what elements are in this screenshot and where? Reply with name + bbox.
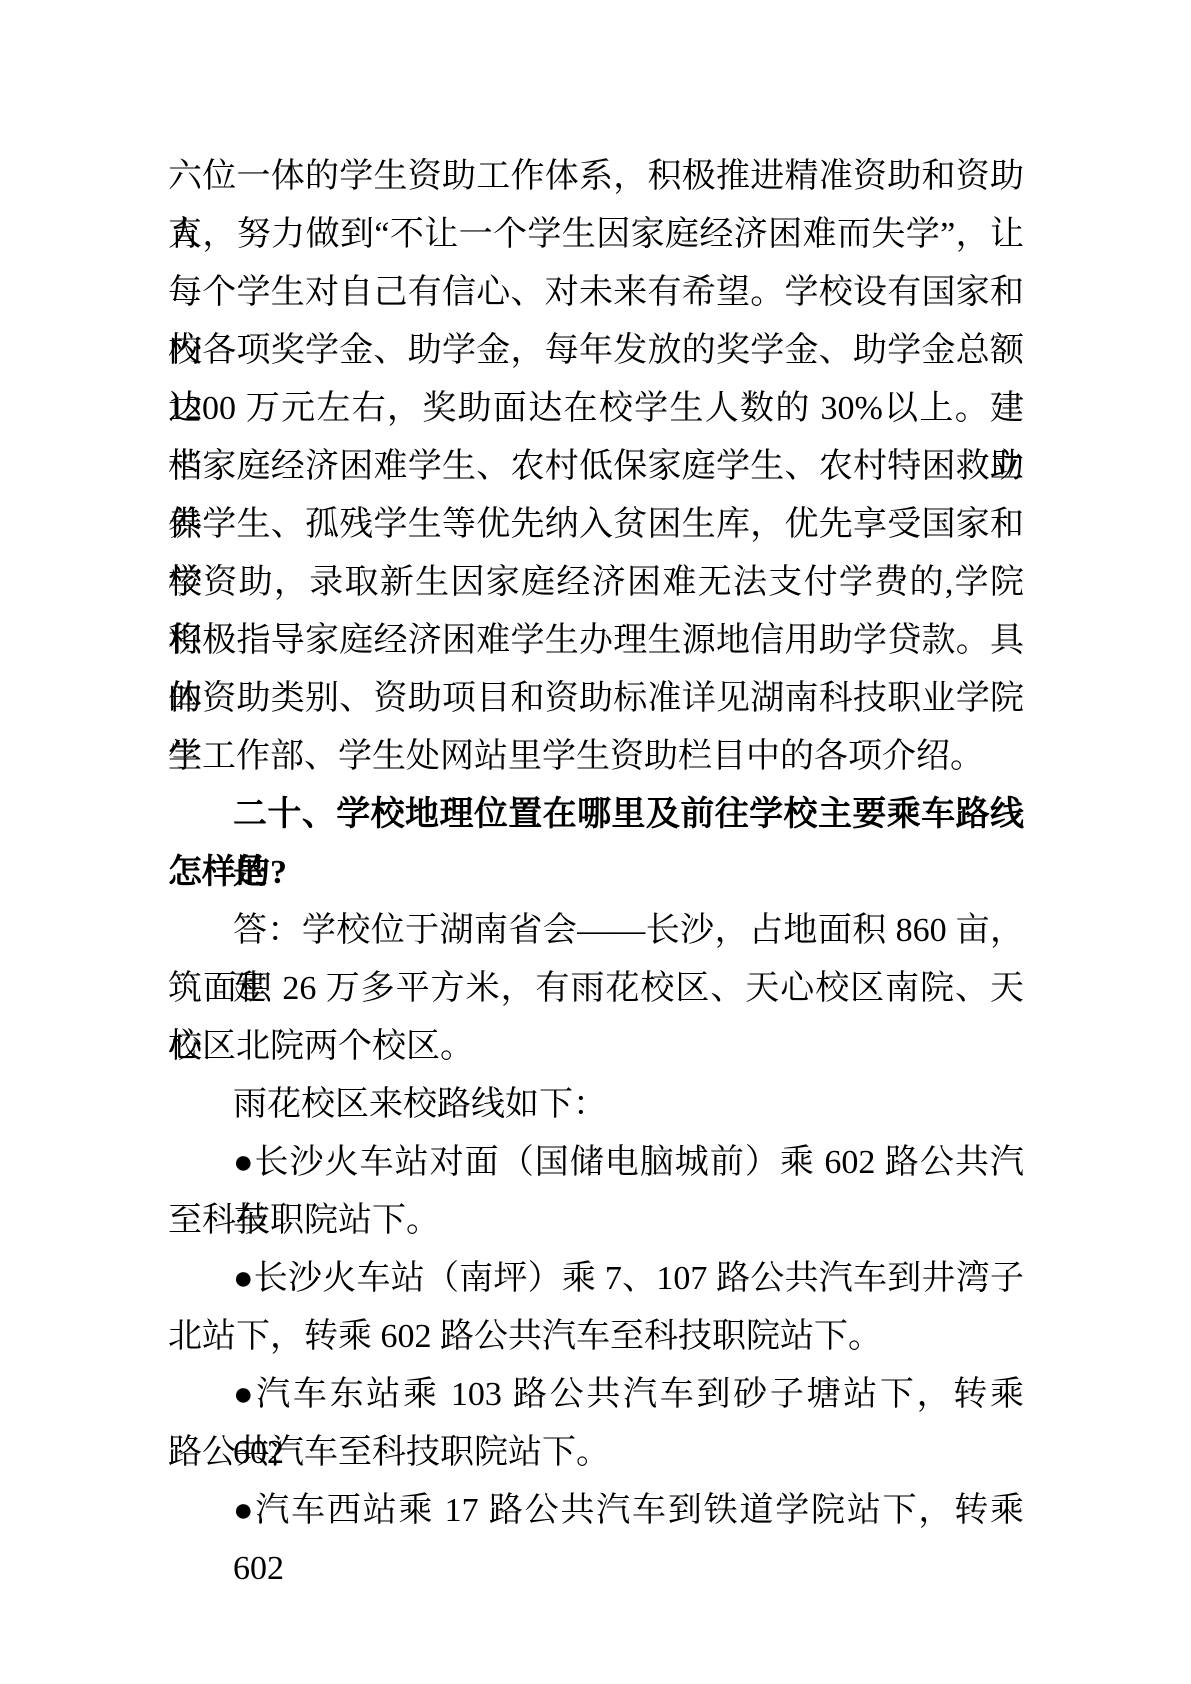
- text-line: ●长沙火车站对面（国储电脑城前）乘 602 路公共汽车: [168, 1134, 1024, 1192]
- heading-line: 二十、学校地理位置在哪里及前往学校主要乘车路线是: [168, 786, 1024, 844]
- text-line: 六位一体的学生资助工作体系，积极推进精准资助和资助育: [168, 148, 1024, 206]
- document-body: 六位一体的学生资助工作体系，积极推进精准资助和资助育人，努力做到“不让一个学生因…: [168, 148, 1024, 1540]
- text-line: 每个学生对自己有信心、对未来有希望。学校设有国家和校: [168, 264, 1024, 322]
- text-line: 的资助类别、资助项目和资助标准详见湖南科技职业学院学: [168, 670, 1024, 728]
- heading-line: 怎样的?: [168, 844, 1024, 902]
- text-line: 答：学校位于湖南省会——长沙，占地面积 860 亩，建: [168, 902, 1024, 960]
- text-line: 养学生、孤残学生等优先纳入贫困生库，优先享受国家和学: [168, 496, 1024, 554]
- text-line: ●汽车西站乘 17 路公共汽车到铁道学院站下，转乘 602: [168, 1482, 1024, 1540]
- text-line: 生工作部、学生处网站里学生资助栏目中的各项介绍。: [168, 728, 1024, 786]
- text-line: 路公共汽车至科技职院站下。: [168, 1424, 1024, 1482]
- text-line: 积极指导家庭经济困难学生办理生源地信用助学贷款。具体: [168, 612, 1024, 670]
- text-line: 人，努力做到“不让一个学生因家庭经济困难而失学”，让: [168, 206, 1024, 264]
- text-line: 校区北院两个校区。: [168, 1018, 1024, 1076]
- text-line: 雨花校区来校路线如下：: [168, 1076, 1024, 1134]
- text-line: 筑面积 26 万多平方米，有雨花校区、天心校区南院、天心: [168, 960, 1024, 1018]
- text-line: 至科技职院站下。: [168, 1192, 1024, 1250]
- text-line: 卡家庭经济困难学生、农村低保家庭学生、农村特困救助供: [168, 438, 1024, 496]
- text-line: ●汽车东站乘 103 路公共汽车到砂子塘站下，转乘 602: [168, 1366, 1024, 1424]
- text-line: ●长沙火车站（南坪）乘 7、107 路公共汽车到井湾子: [168, 1250, 1024, 1308]
- text-line: 1200 万元左右，奖助面达在校学生人数的 30%以上。建档立: [168, 380, 1024, 438]
- text-line: 北站下，转乘 602 路公共汽车至科技职院站下。: [168, 1308, 1024, 1366]
- text-line: 内各项奖学金、助学金，每年发放的奖学金、助学金总额达: [168, 322, 1024, 380]
- document-page: 六位一体的学生资助工作体系，积极推进精准资助和资助育人，努力做到“不让一个学生因…: [0, 0, 1191, 1684]
- text-line: 校资助，录取新生因家庭经济困难无法支付学费的,学院将: [168, 554, 1024, 612]
